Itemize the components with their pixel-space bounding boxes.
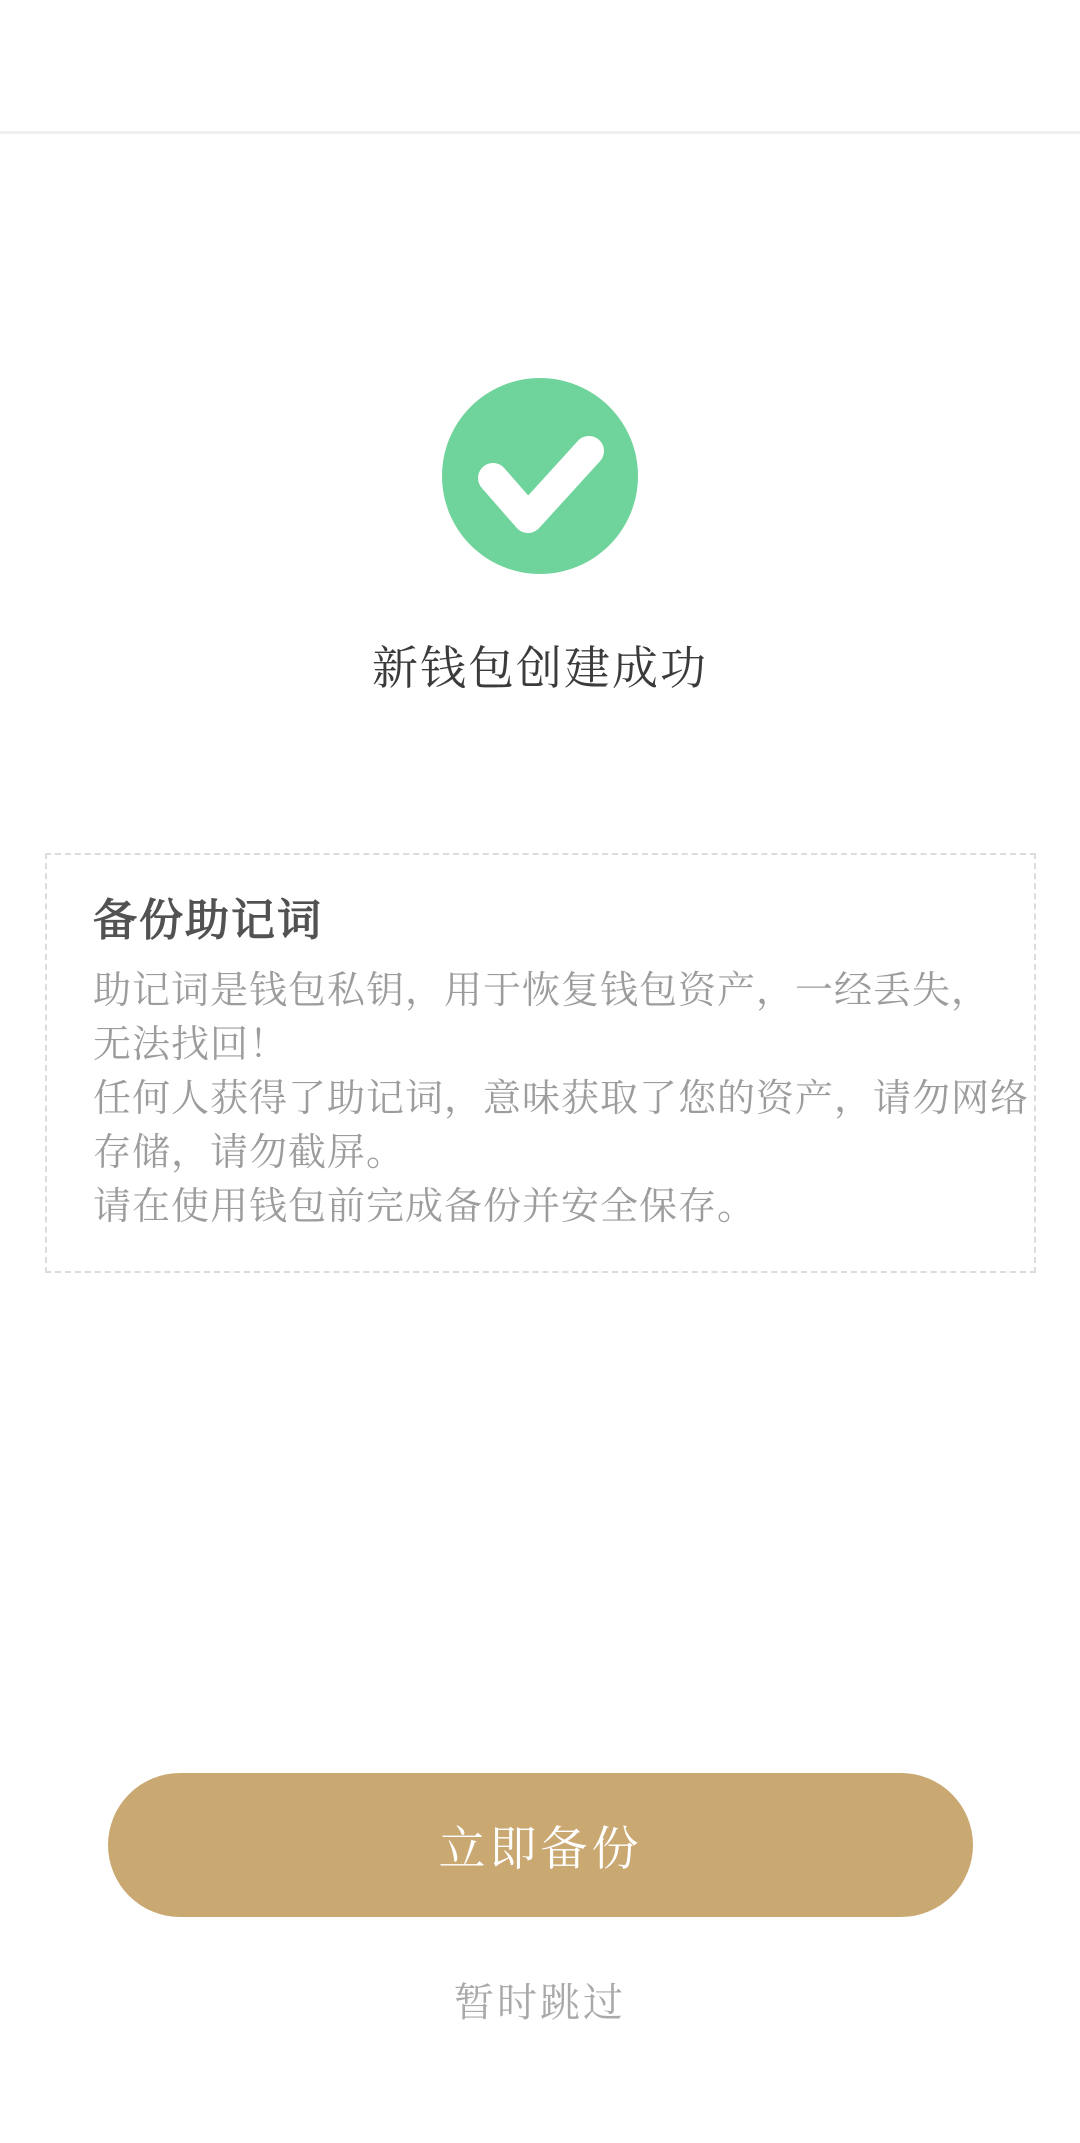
notice-heading: 备份助记词 [93, 895, 990, 947]
notice-body: 助记词是钱包私钥，用于恢复钱包资产，一经丢失， 无法找回！ 任何人获得了助记词，… [93, 964, 990, 1234]
success-check-icon [442, 378, 638, 574]
page-title: 新钱包创建成功 [0, 640, 1080, 696]
skip-for-now-link[interactable]: 暂时跳过 [0, 1976, 1080, 2030]
notice-line: 助记词是钱包私钥，用于恢复钱包资产，一经丢失， [93, 964, 990, 1018]
notice-line: 任何人获得了助记词，意味获取了您的资产，请勿网络 [93, 1072, 990, 1126]
backup-now-button[interactable]: 立即备份 [108, 1773, 973, 1917]
check-circle-icon [442, 378, 638, 574]
wallet-created-screen: 新钱包创建成功 备份助记词 助记词是钱包私钥，用于恢复钱包资产，一经丢失， 无法… [0, 0, 1080, 2143]
notice-line: 存储，请勿截屏。 [93, 1126, 990, 1180]
header-divider [0, 131, 1080, 134]
backup-notice-box: 备份助记词 助记词是钱包私钥，用于恢复钱包资产，一经丢失， 无法找回！ 任何人获… [45, 853, 1036, 1273]
notice-line: 无法找回！ [93, 1018, 990, 1072]
notice-line: 请在使用钱包前完成备份并安全保存。 [93, 1180, 990, 1234]
check-circle-bg [442, 378, 638, 574]
